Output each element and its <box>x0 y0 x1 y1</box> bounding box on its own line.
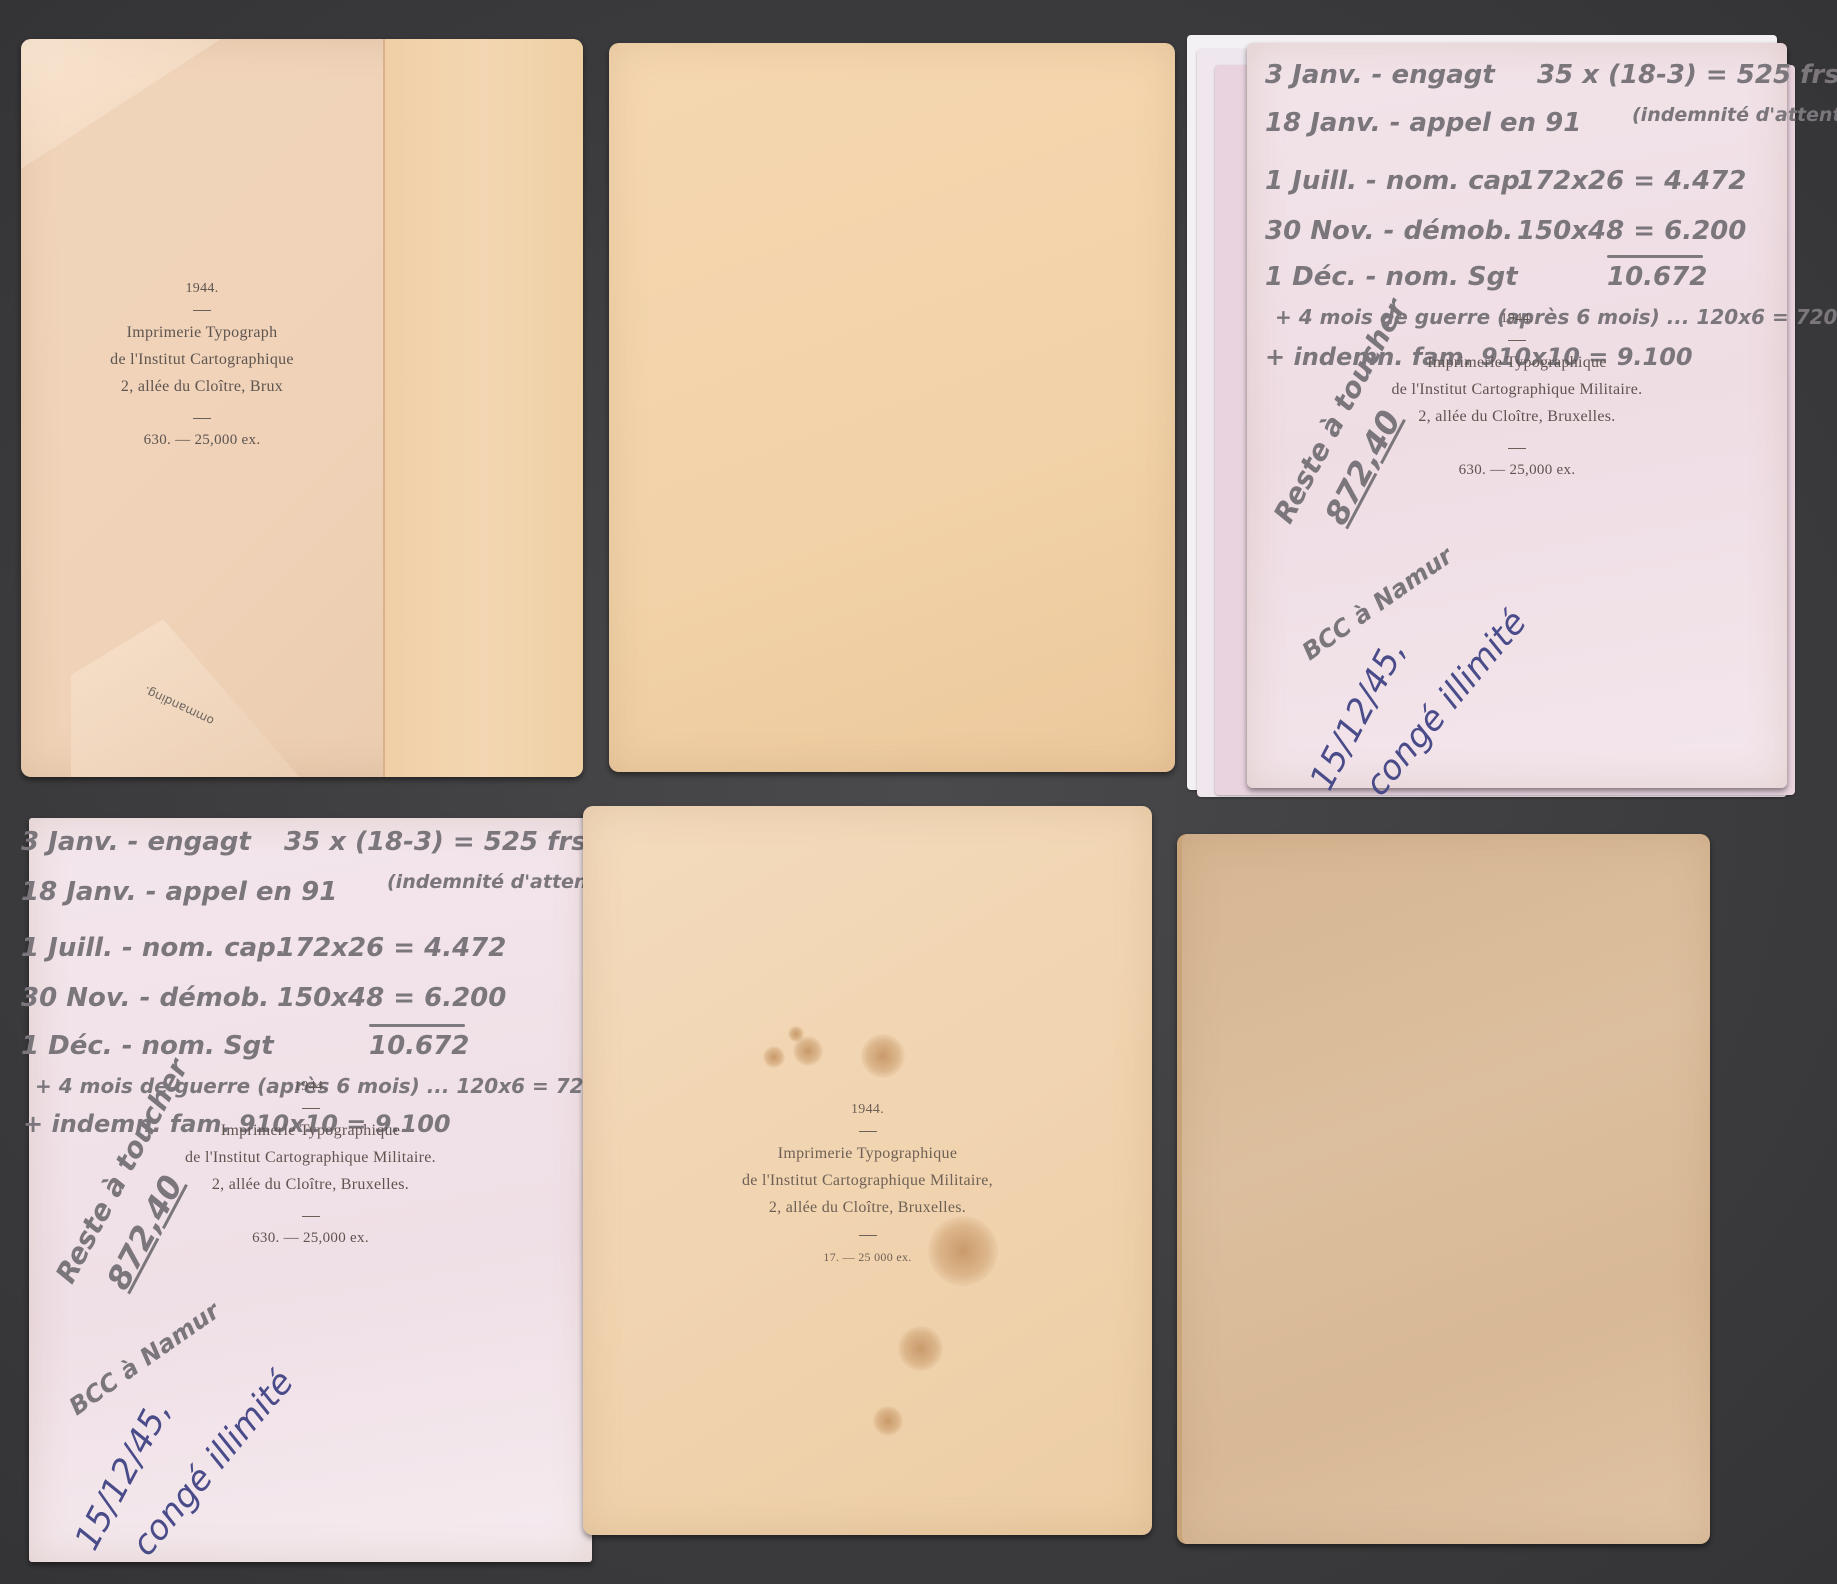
imprint-line-3: 2, allée du Cloître, Bruxelles. <box>583 1194 1152 1221</box>
stain <box>763 1046 785 1068</box>
imprint-divider <box>1508 448 1526 449</box>
imprint-print-run: 17. — 25 000 ex. <box>583 1244 1152 1271</box>
imprint-print-run: 630. — 25,000 ex. <box>21 427 383 454</box>
note-line-5: 1 Déc. - nom. Sgt <box>21 1024 274 1068</box>
imprint-line-1: Imprimerie Typographique <box>583 1140 1152 1167</box>
note-line-2: 18 Janv. - appel en 91 <box>21 870 337 914</box>
imprint-line-1: Imprimerie Typographique <box>29 1117 592 1144</box>
imprint-divider <box>1508 340 1526 341</box>
booklet-top-center <box>609 43 1175 772</box>
imprint-divider <box>193 418 211 419</box>
imprint-year: 1944. <box>1247 305 1787 332</box>
printer-imprint: 1944. Imprimerie Typographique de l'Inst… <box>583 1096 1152 1271</box>
note-calc-1: 35 x (18-3) = 525 frs <box>284 820 587 864</box>
note-line-1: 3 Janv. - engagt <box>1265 53 1495 97</box>
stain <box>861 1034 905 1078</box>
note-total: 10.672 <box>1607 255 1707 299</box>
note-line-3: 1 Juill. - nom. cap. <box>21 926 286 970</box>
imprint-line-2: de l'Institut Cartographique Militaire, <box>583 1167 1152 1194</box>
note-calc-1: 35 x (18-3) = 525 frs <box>1537 53 1837 97</box>
imprint-divider <box>302 1108 320 1109</box>
note-line-2: 18 Janv. - appel en 91 <box>1265 101 1581 145</box>
imprint-year: 1944. <box>29 1073 592 1100</box>
imprint-line-2: de l'Institut Cartographique <box>21 346 383 373</box>
note-calc-2: (indemnité d'attente) <box>1632 103 1837 127</box>
note-line-4: 30 Nov. - démob. <box>21 976 269 1020</box>
stain <box>873 1406 903 1436</box>
corner-crease <box>21 39 221 169</box>
folded-flap <box>71 619 301 777</box>
imprint-line-1: Imprimerie Typograph <box>21 319 383 346</box>
imprint-divider <box>302 1216 320 1217</box>
booklet-spine-flap <box>383 39 583 777</box>
note-calc-4: 150x48 = 6.200 <box>1517 209 1746 253</box>
stain <box>898 1326 943 1371</box>
imprint-year: 1944. <box>583 1096 1152 1123</box>
imprint-line-1: Imprimerie Typographique <box>1247 349 1787 376</box>
note-line-5: 1 Déc. - nom. Sgt <box>1265 255 1518 299</box>
note-line-4: 30 Nov. - démob. <box>1265 209 1513 253</box>
stain <box>793 1036 823 1066</box>
note-line-1: 3 Janv. - engagt <box>21 820 251 864</box>
note-calc-3: 172x26 = 4.472 <box>1517 159 1746 203</box>
note-calc-3: 172x26 = 4.472 <box>277 926 506 970</box>
imprint-line-3: 2, allée du Cloître, Brux <box>21 373 383 400</box>
printer-imprint: 1944. Imprimerie Typograph de l'Institut… <box>21 275 383 454</box>
note-line-3: 1 Juill. - nom. cap. <box>1265 159 1530 203</box>
photocopy-bottom-left: 3 Janv. - engagt 35 x (18-3) = 525 frs 1… <box>29 818 592 1562</box>
photocopy-top-sheet: 3 Janv. - engagt 35 x (18-3) = 525 frs 1… <box>1247 43 1787 788</box>
booklet-top-left: 1944. Imprimerie Typograph de l'Institut… <box>21 39 583 777</box>
booklet-bottom-right <box>1177 834 1710 1544</box>
photocopy-stack-top-right: 3 Janv. - engagt 35 x (18-3) = 525 frs 1… <box>1187 35 1795 794</box>
note-total: 10.672 <box>369 1024 469 1068</box>
imprint-print-run: 630. — 25,000 ex. <box>29 1225 592 1252</box>
note-calc-4: 150x48 = 6.200 <box>277 976 506 1020</box>
imprint-year: 1944. <box>21 275 383 302</box>
booklet-bottom-center: 1944. Imprimerie Typographique de l'Inst… <box>583 806 1152 1535</box>
imprint-divider <box>859 1131 877 1132</box>
imprint-divider <box>859 1235 877 1236</box>
imprint-divider <box>193 310 211 311</box>
